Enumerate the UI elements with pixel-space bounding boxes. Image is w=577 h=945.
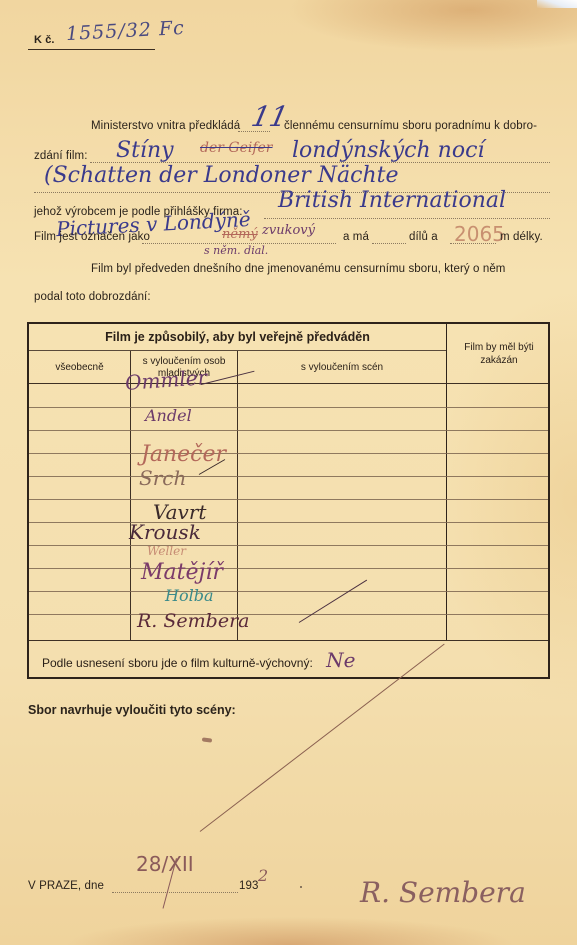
producer-name: British International [278,188,506,213]
place-label: V PRAZE, dne [28,880,104,892]
table-header-bottom [29,383,548,384]
col-header-excl-scenes: s vyloučením scén [238,351,446,384]
column-divider-2 [237,351,238,641]
signature: Janečer [141,442,226,467]
date-value: 28/XII [136,852,194,876]
excluded-scenes-label: Sbor navrhuje vyloučiti tyto scény: [28,703,236,717]
signature: Andel [145,406,192,425]
producer-field [264,218,550,219]
signature: R. Sembera [137,610,249,632]
designation-struck: němý [222,227,258,242]
signature: Krousk [129,520,201,544]
reference-underline [28,49,155,50]
parts-field [372,243,406,244]
col-header-general: všeobecně [29,351,130,384]
table-row-line [29,545,548,546]
table-row-line [29,568,548,569]
table-header-main: Film je způsobilý, aby byl veřejně předv… [29,324,446,351]
table-row-line [29,430,548,431]
film-title-rest: londýnských nocí [292,138,484,163]
year-suffix: 2 [258,866,268,885]
length-label: m délky. [500,231,543,243]
cultural-film-value: Ne [326,648,355,672]
parts-label-after: dílů a [409,231,438,243]
signature: Matějíř [141,560,223,585]
signature: Holba [165,586,213,605]
signature: Weller [147,544,186,558]
intro-text-before: Ministerstvo vnitra předkládá [91,120,240,132]
table-row-line [29,591,548,592]
film-label: zdání film: [34,150,88,162]
date-field [112,892,238,893]
check-stroke [299,580,367,623]
presentation-line2: podal toto dobrozdání: [34,291,151,303]
dot [300,886,302,888]
film-title-word1: Stíny [116,138,174,163]
table-header-prohibited: Film by měl býti zakázán [448,324,550,384]
signoff-signature: R. Sembera [360,876,526,909]
signature: Ommler [124,365,208,395]
length-value: 2065 [454,222,505,246]
table-row-line [29,453,548,454]
table-row-line [29,499,548,500]
table-row-line [29,522,548,523]
designation-label: Film jest označen jako [34,231,150,243]
table-row-line [29,614,548,615]
intro-text-after: člennému censurnímu sboru poradnímu k do… [284,120,537,132]
table-row-line [29,407,548,408]
parts-label-before: a má [343,231,369,243]
designation-value: zvukový [262,223,315,238]
reference-label: K č. [34,34,55,46]
table-footer: Podle usnesení sboru jde o film kulturně… [29,641,548,677]
film-title-struck: der Geifer [200,140,273,156]
paper-corner-fold [537,0,577,8]
designation-note: s něm. dial. [204,244,268,257]
film-original-title: (Schatten der Londoner Nächte [44,163,399,188]
signature: Srch [139,466,186,490]
table-row-line [29,476,548,477]
column-divider-3 [446,324,447,641]
presentation-line1: Film byl předveden dnešního dne jmenovan… [91,263,506,275]
year-prefix: 193 [239,880,259,892]
cultural-film-label: Podle usnesení sboru jde o film kulturně… [42,656,313,670]
opinion-table: Film je způsobilý, aby byl veřejně předv… [27,322,550,679]
